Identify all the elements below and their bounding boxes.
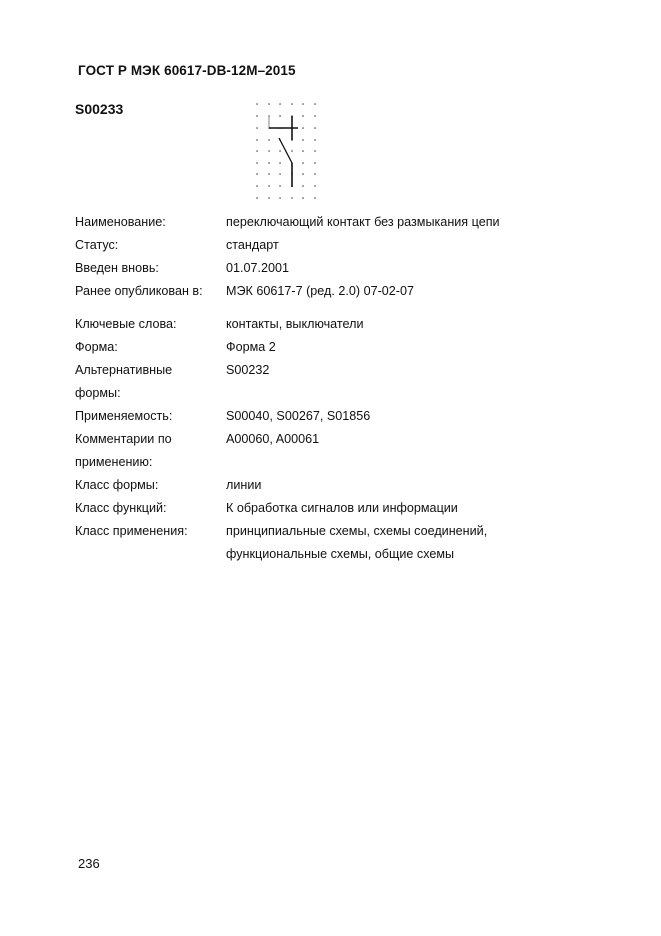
property-value: Форма 2: [226, 336, 595, 359]
property-label: Комментарии по: [75, 428, 226, 451]
property-row-application-notes: Комментарии по A00060, A00061: [75, 428, 595, 451]
document-header: ГОСТ Р МЭК 60617-DB-12M–2015: [78, 63, 296, 78]
property-label: Класс функций:: [75, 497, 226, 520]
property-row-function-class: Класс функций: К обработка сигналов или …: [75, 497, 595, 520]
property-label: Ранее опубликован в:: [75, 280, 226, 303]
group-divider-space: [75, 303, 595, 313]
property-label: Форма:: [75, 336, 226, 359]
property-label: Введен вновь:: [75, 257, 226, 280]
property-value: [226, 451, 595, 474]
property-value: МЭК 60617-7 (ред. 2.0) 07-02-07: [226, 280, 595, 303]
property-label: Класс применения:: [75, 520, 226, 543]
property-row-keywords: Ключевые слова: контакты, выключатели: [75, 313, 595, 336]
changeover-contact-symbol-figure: [250, 98, 325, 206]
property-row-application-class-cont: функциональные схемы, общие схемы: [75, 543, 595, 566]
property-value: 01.07.2001: [226, 257, 595, 280]
property-value: [226, 382, 595, 405]
property-value: A00060, A00061: [226, 428, 595, 451]
property-row-introduced: Введен вновь: 01.07.2001: [75, 257, 595, 280]
property-row-alternative-forms-cont: формы:: [75, 382, 595, 405]
property-label: Статус:: [75, 234, 226, 257]
property-row-previously-published: Ранее опубликован в: МЭК 60617-7 (ред. 2…: [75, 280, 595, 303]
property-label: Наименование:: [75, 211, 226, 234]
property-row-form: Форма: Форма 2: [75, 336, 595, 359]
property-label: Применяемость:: [75, 405, 226, 428]
property-row-name: Наименование: переключающий контакт без …: [75, 211, 595, 234]
property-value: S00232: [226, 359, 595, 382]
property-label: Ключевые слова:: [75, 313, 226, 336]
property-label: [75, 543, 226, 566]
property-value: К обработка сигналов или информации: [226, 497, 595, 520]
property-value: стандарт: [226, 234, 595, 257]
page-number: 236: [78, 856, 100, 871]
property-value: S00040, S00267, S01856: [226, 405, 595, 428]
property-row-status: Статус: стандарт: [75, 234, 595, 257]
property-row-application-notes-cont: применению:: [75, 451, 595, 474]
property-row-application-class: Класс применения: принципиальные схемы, …: [75, 520, 595, 543]
property-value: линии: [226, 474, 595, 497]
property-value: переключающий контакт без размыкания цеп…: [226, 211, 595, 234]
property-row-applicability: Применяемость: S00040, S00267, S01856: [75, 405, 595, 428]
property-value: принципиальные схемы, схемы соединений,: [226, 520, 595, 543]
property-value: функциональные схемы, общие схемы: [226, 543, 595, 566]
property-label: формы:: [75, 382, 226, 405]
property-row-alternative-forms: Альтернативные S00232: [75, 359, 595, 382]
property-value: контакты, выключатели: [226, 313, 595, 336]
property-label: применению:: [75, 451, 226, 474]
contact-symbol-icon: [250, 98, 325, 206]
properties-group-2: Ключевые слова: контакты, выключатели Фо…: [75, 313, 595, 566]
symbol-properties: Наименование: переключающий контакт без …: [75, 211, 595, 566]
property-label: Класс формы:: [75, 474, 226, 497]
properties-group-1: Наименование: переключающий контакт без …: [75, 211, 595, 303]
property-label: Альтернативные: [75, 359, 226, 382]
symbol-code: S00233: [75, 101, 123, 117]
property-row-shape-class: Класс формы: линии: [75, 474, 595, 497]
